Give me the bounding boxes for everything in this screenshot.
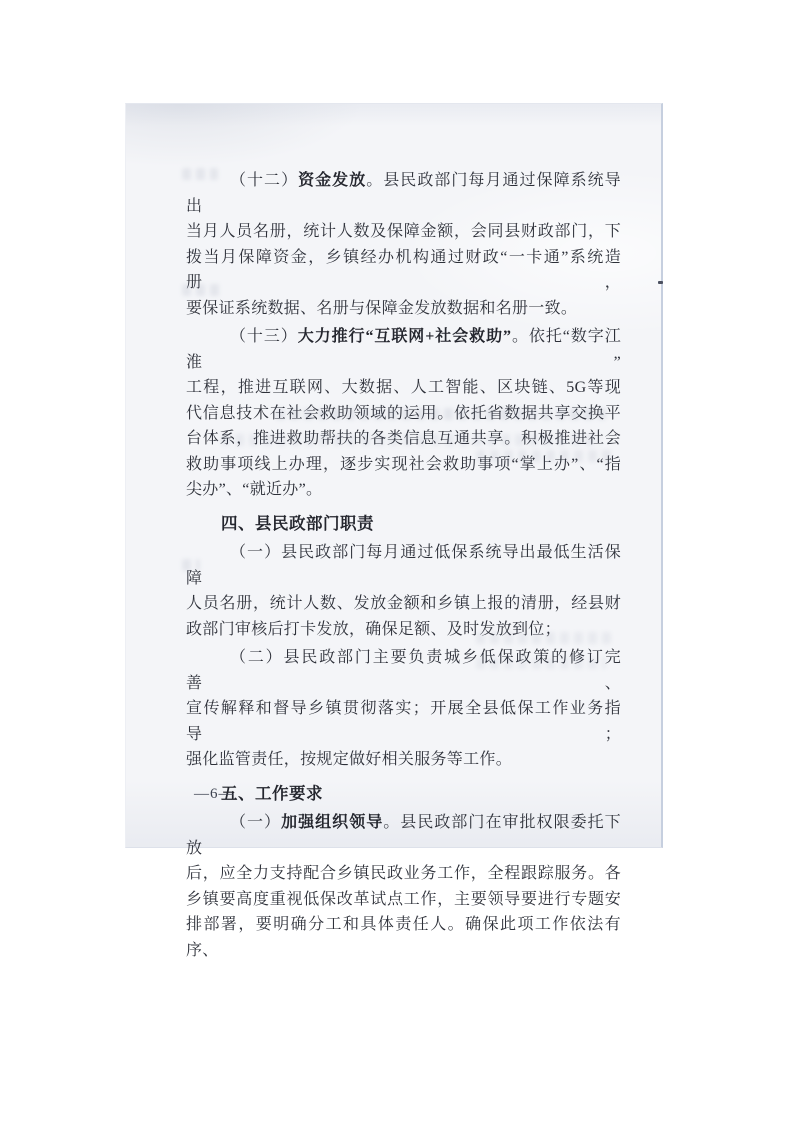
text-run: 工程，推进互联网、大数据、人工智能、区块链、5G等现 xyxy=(186,379,621,396)
paragraph: （二）县民政部门主要负责城乡低保政策的修订完善、宣传解释和督导乡镇贯彻落实；开展… xyxy=(186,645,621,773)
text-run: 强化监管责任，按规定做好相关服务等工作。 xyxy=(186,751,512,768)
text-line: 宣传解释和督导乡镇贯彻落实；开展全县低保工作业务指导； xyxy=(186,696,621,747)
text-line: （一）县民政部门每月通过低保系统导出最低生活保障 xyxy=(186,540,621,591)
bold-run: 大力推行“互联网+社会救助” xyxy=(298,328,512,345)
text-line: 排部署，要明确分工和具体责任人。确保此项工作依法有序、 xyxy=(186,912,621,963)
text-line: 要保证系统数据、名册与保障金发放数据和名册一致。 xyxy=(186,296,621,322)
text-run: （二）县民政部门主要负责城乡低保政策的修订完善、 xyxy=(186,649,621,692)
text-run: 台体系，推进救助帮扶的各类信息互通共享。积极推进社会 xyxy=(186,430,621,447)
text-run: （一）县民政部门每月通过低保系统导出最低生活保障 xyxy=(186,544,621,587)
text-line: 工程，推进互联网、大数据、人工智能、区块链、5G等现 xyxy=(186,375,621,401)
scan-edge-speck xyxy=(658,281,663,284)
text-line: （十二）资金发放。县民政部门每月通过保障系统导出 xyxy=(186,168,621,219)
text-run: 代信息技术在社会救助领域的运用。依托省数据共享交换平 xyxy=(186,405,621,422)
text-run: 宣传解释和督导乡镇贯彻落实；开展全县低保工作业务指导； xyxy=(186,700,621,743)
text-run: （一） xyxy=(230,814,281,831)
text-line: （一）加强组织领导。县民政部门在审批权限委托下放 xyxy=(186,810,621,861)
text-line: 救助事项线上办理，逐步实现社会救助事项“掌上办”、“指 xyxy=(186,452,621,478)
text-run: （十二） xyxy=(230,172,298,189)
text-line: 人员名册，统计人数、发放金额和乡镇上报的清册，经县财 xyxy=(186,591,621,617)
text-line: （二）县民政部门主要负责城乡低保政策的修订完善、 xyxy=(186,645,621,696)
section-heading: 五、工作要求 xyxy=(186,782,621,808)
paragraph: （十二）资金发放。县民政部门每月通过保障系统导出当月人员名册，统计人数及保障金额… xyxy=(186,168,621,321)
bold-run: 资金发放 xyxy=(298,172,366,189)
text-line: 强化监管责任，按规定做好相关服务等工作。 xyxy=(186,747,621,773)
bold-run: 加强组织领导 xyxy=(281,814,383,831)
text-run: 拨当月保障资金，乡镇经办机构通过财政“一卡通”系统造册， xyxy=(186,249,621,292)
text-line: 政部门审核后打卡发放，确保足额、及时发放到位； xyxy=(186,617,621,643)
text-line: 后，应全力支持配合乡镇民政业务工作，全程跟踪服务。各 xyxy=(186,861,621,887)
paragraph: （十三）大力推行“互联网+社会救助”。依托“数字江淮”工程，推进互联网、大数据、… xyxy=(186,324,621,503)
text-line: 当月人员名册，统计人数及保障金额，会同县财政部门，下 xyxy=(186,219,621,245)
text-run: 政部门审核后打卡发放，确保足额、及时发放到位； xyxy=(186,621,561,638)
text-line: 乡镇要高度重视低保改革试点工作，主要领导要进行专题安 xyxy=(186,887,621,913)
text-run: 乡镇要高度重视低保改革试点工作，主要领导要进行专题安 xyxy=(186,891,621,908)
text-line: （十三）大力推行“互联网+社会救助”。依托“数字江淮” xyxy=(186,324,621,375)
scanned-page-canvas: （十二）资金发放。县民政部门每月通过保障系统导出当月人员名册，统计人数及保障金额… xyxy=(0,0,793,1122)
text-run: 救助事项线上办理，逐步实现社会救助事项“掌上办”、“指 xyxy=(186,456,621,473)
page-number: —6— xyxy=(194,786,235,803)
text-run: 当月人员名册，统计人数及保障金额，会同县财政部门，下 xyxy=(186,223,621,240)
text-line: 尖办”、“就近办”。 xyxy=(186,477,621,503)
text-run: 排部署，要明确分工和具体责任人。确保此项工作依法有序、 xyxy=(186,916,621,959)
text-line: 代信息技术在社会救助领域的运用。依托省数据共享交换平 xyxy=(186,401,621,427)
paragraph: （一）加强组织领导。县民政部门在审批权限委托下放后，应全力支持配合乡镇民政业务工… xyxy=(186,810,621,963)
text-run: 后，应全力支持配合乡镇民政业务工作，全程跟踪服务。各 xyxy=(186,865,621,882)
text-run: 尖办”、“就近办”。 xyxy=(186,481,322,498)
text-run: 人员名册，统计人数、发放金额和乡镇上报的清册，经县财 xyxy=(186,595,621,612)
text-run: （十三） xyxy=(230,328,298,345)
text-line: 拨当月保障资金，乡镇经办机构通过财政“一卡通”系统造册， xyxy=(186,245,621,296)
paragraph: （一）县民政部门每月通过低保系统导出最低生活保障人员名册，统计人数、发放金额和乡… xyxy=(186,540,621,642)
text-run: 要保证系统数据、名册与保障金发放数据和名册一致。 xyxy=(186,300,577,317)
paper-sheet: （十二）资金发放。县民政部门每月通过保障系统导出当月人员名册，统计人数及保障金额… xyxy=(125,103,663,848)
section-heading: 四、县民政部门职责 xyxy=(186,512,621,538)
text-line: 台体系，推进救助帮扶的各类信息互通共享。积极推进社会 xyxy=(186,426,621,452)
document-body: （十二）资金发放。县民政部门每月通过保障系统导出当月人员名册，统计人数及保障金额… xyxy=(186,168,621,963)
